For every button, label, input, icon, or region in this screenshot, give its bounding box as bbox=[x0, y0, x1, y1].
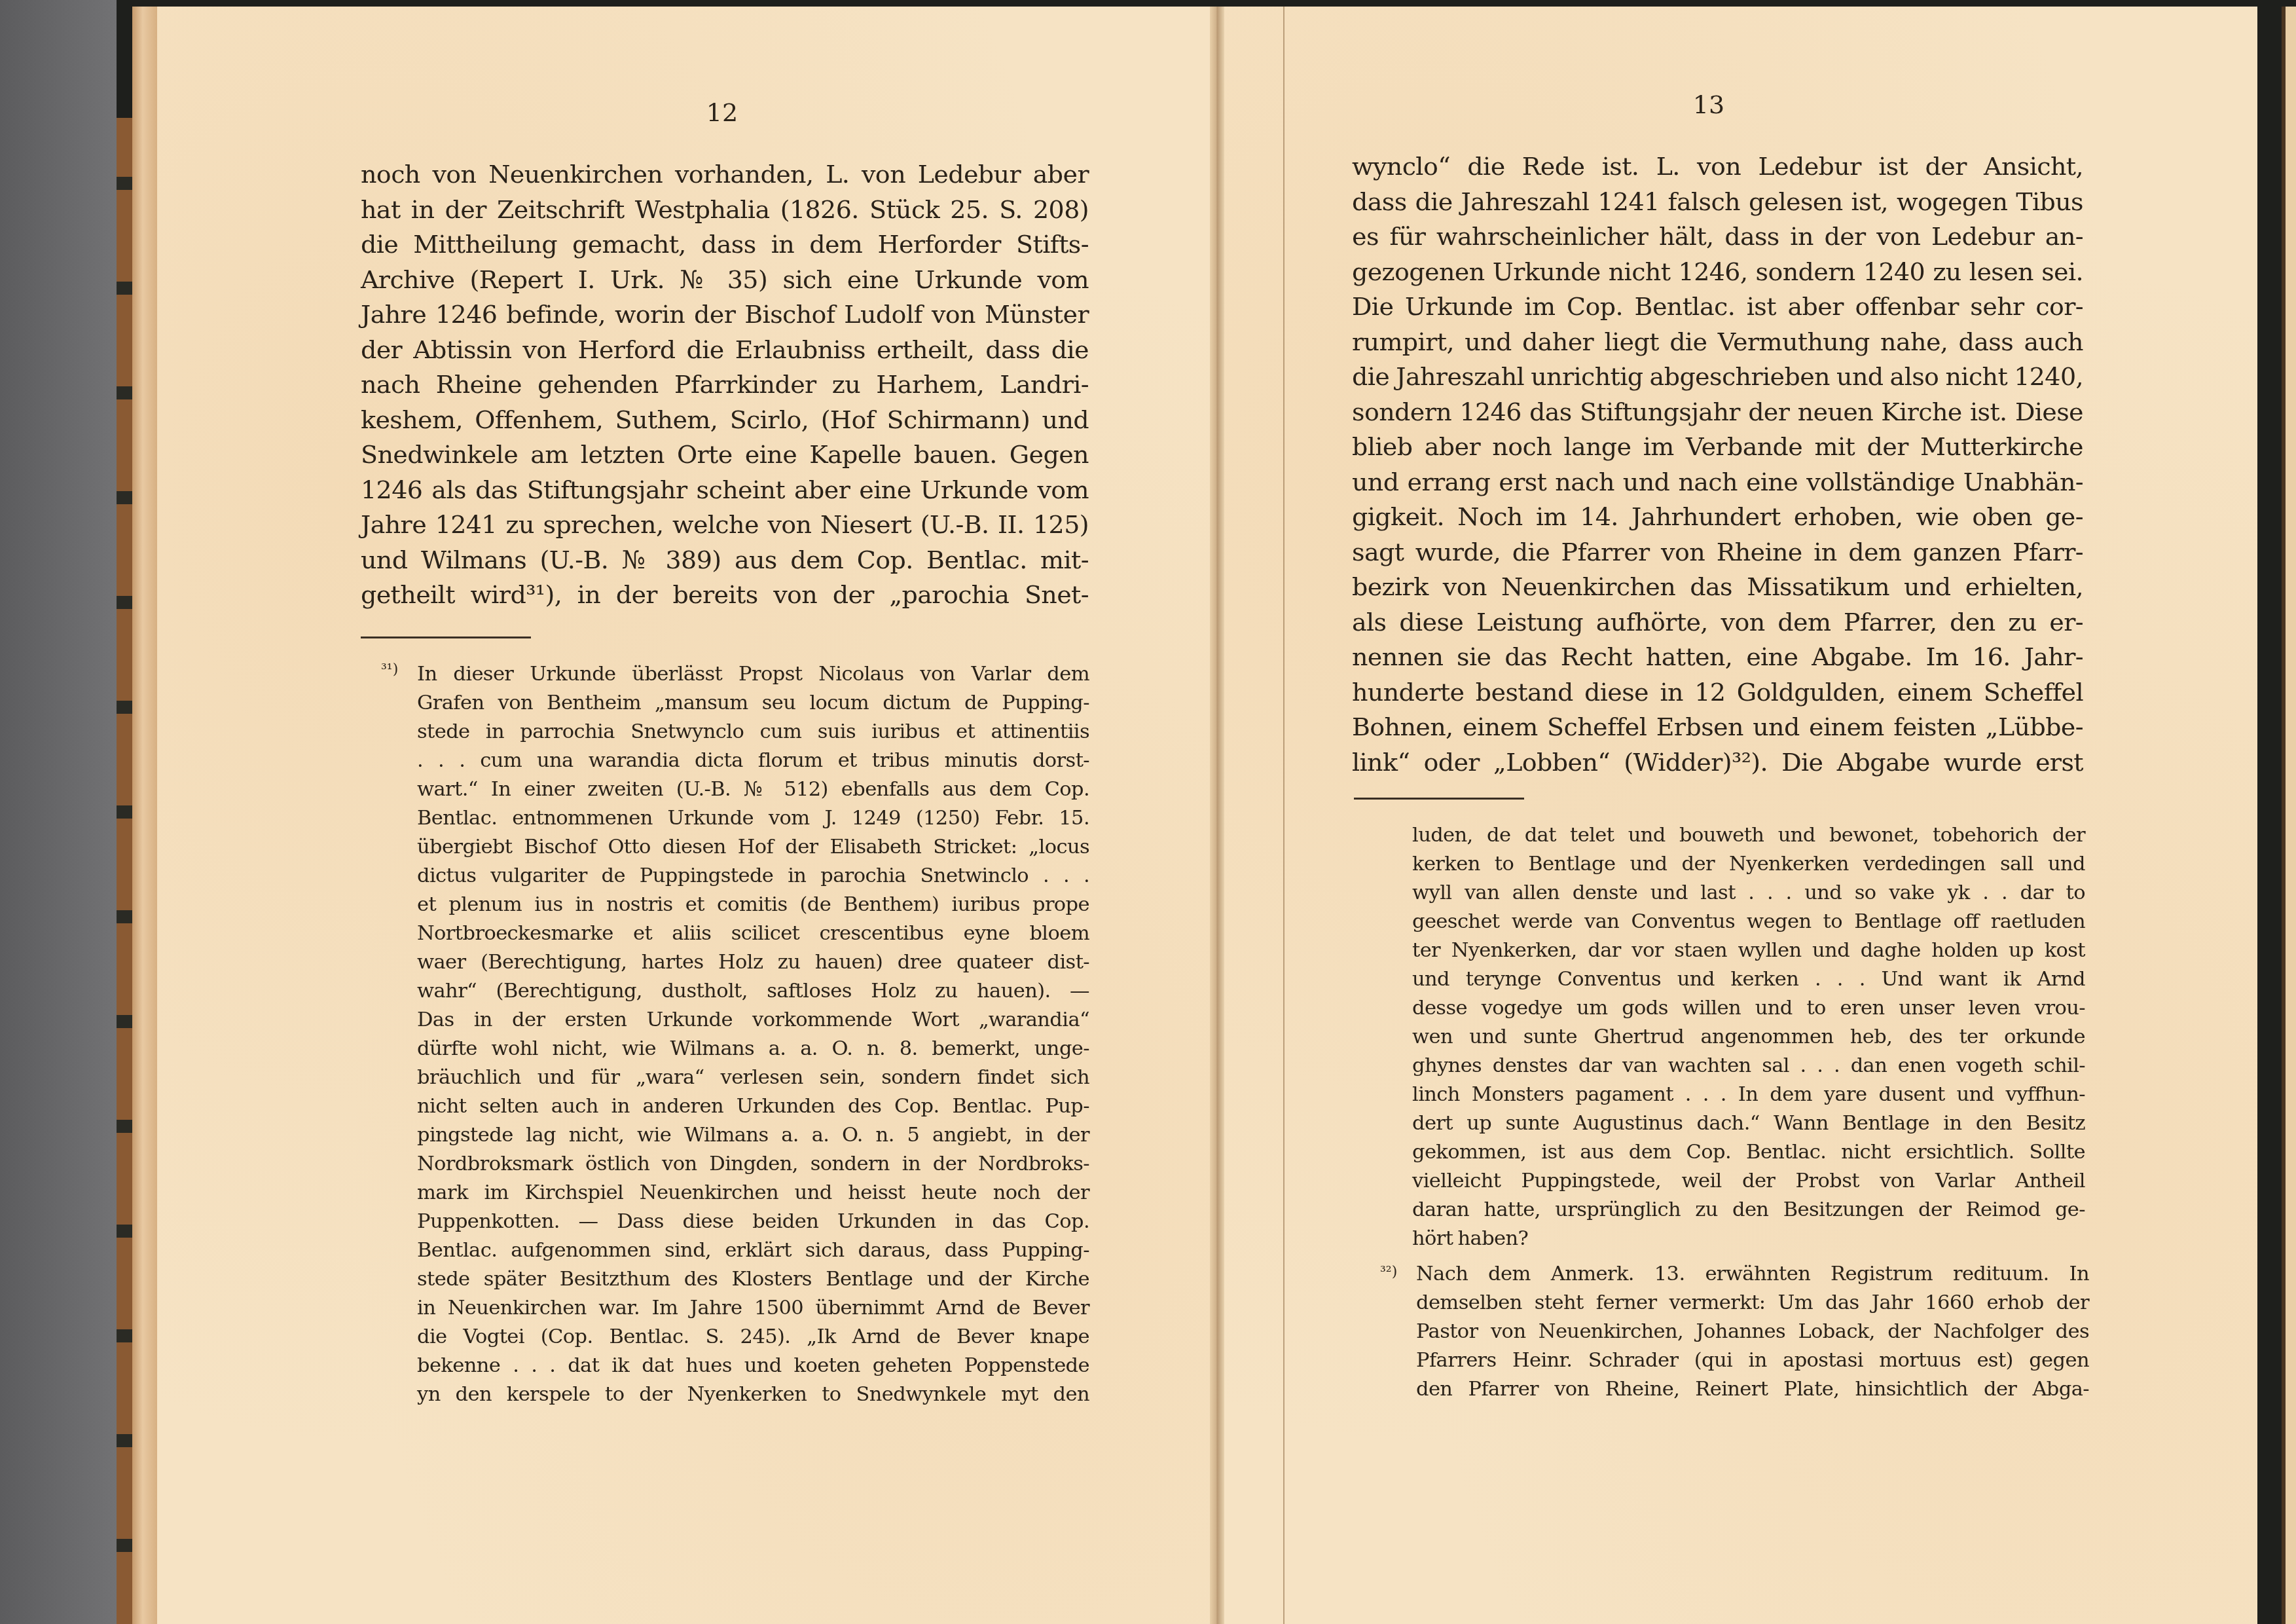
text-line: noch von Neuenkirchen vorhanden, L. von … bbox=[361, 157, 1089, 193]
text-line: Jahre 1241 zu sprechen, welche von Niese… bbox=[361, 507, 1089, 543]
footnote-line: dert up sunte Augustinus dach.“ Wann Ben… bbox=[1412, 1109, 2085, 1138]
left-footnote-31: In dieser Urkunde überlässt Propst Nicol… bbox=[417, 660, 1089, 1409]
footnote-line: vielleicht Puppingstede, weil der Probst… bbox=[1412, 1167, 2085, 1196]
footnote-line: Puppenkotten. — Dass diese beiden Urkund… bbox=[417, 1208, 1089, 1236]
footnote-line: dictus vulgariter de Puppingstede in par… bbox=[417, 862, 1089, 891]
page-number-right: 13 bbox=[1676, 90, 1741, 119]
footnote-line: geeschet werde van Conventus wegen to Be… bbox=[1412, 908, 2085, 936]
text-line: Bohnen, einem Scheffel Erbsen und einem … bbox=[1352, 710, 2083, 745]
footnote-marker-31: ³¹) bbox=[381, 661, 398, 678]
text-line: bezirk von Neuenkirchen das Missatikum u… bbox=[1352, 570, 2083, 605]
footnote-line: Nach dem Anmerk. 13. erwähnten Registrum… bbox=[1416, 1260, 2089, 1289]
text-line: getheilt wird³¹), in der bereits von der… bbox=[361, 578, 1089, 613]
text-line: Archive (Repert I. Urk. № 35) sich eine … bbox=[361, 263, 1089, 298]
text-line: der Abtissin von Herford die Erlaubniss … bbox=[361, 333, 1089, 368]
footnote-line: nicht selten auch in anderen Urkunden de… bbox=[417, 1092, 1089, 1121]
footnote-separator bbox=[361, 637, 531, 638]
text-line: dass die Jahreszahl 1241 falsch gelesen … bbox=[1352, 185, 2083, 220]
footnote-line: . . . cum una warandia dicta florum et t… bbox=[417, 747, 1089, 775]
footnote-line: dürfte wohl nicht, wie Wilmans a. a. O. … bbox=[417, 1035, 1089, 1063]
text-line: und Wilmans (U.-B. № 389) aus dem Cop. B… bbox=[361, 543, 1089, 578]
text-line: nach Rheine gehenden Pfarrkinder zu Harh… bbox=[361, 367, 1089, 403]
footnote-line: desse vogedye um gods willen und to eren… bbox=[1412, 994, 2085, 1023]
footnote-line: gekommen, ist aus dem Cop. Bentlac. nich… bbox=[1412, 1138, 2085, 1167]
footnote-line: Grafen von Bentheim „mansum seu locum di… bbox=[417, 689, 1089, 718]
text-line: gezogenen Urkunde nicht 1246, sondern 12… bbox=[1352, 255, 2083, 290]
page-fold-line bbox=[1283, 7, 1285, 1624]
footnote-line: Bentlac. aufgenommen sind, erklärt sich … bbox=[417, 1236, 1089, 1265]
footnote-line: linch Monsters pagament . . . In dem yar… bbox=[1412, 1080, 2085, 1109]
right-cover-strip bbox=[2286, 7, 2296, 1624]
footnote-line: daran hatte, ursprünglich zu den Besitzu… bbox=[1412, 1196, 2085, 1225]
footnote-line: Pastor von Neuenkirchen, Johannes Loback… bbox=[1416, 1318, 2089, 1346]
footnote-line: wyll van allen denste und last . . . und… bbox=[1412, 879, 2085, 908]
text-line: blieb aber noch lange im Verbande mit de… bbox=[1352, 430, 2083, 465]
text-line: hunderte bestand diese in 12 Goldgulden,… bbox=[1352, 675, 2083, 710]
footnote-line: Das in der ersten Urkunde vorkommende Wo… bbox=[417, 1006, 1089, 1035]
footnote-line: kerken to Bentlage und der Nyenkerken ve… bbox=[1412, 850, 2085, 879]
footnote-line: ghynes denstes dar van wachten sal . . .… bbox=[1412, 1052, 2085, 1080]
footnote-line: ter Nyenkerken, dar vor staen wyllen und… bbox=[1412, 936, 2085, 965]
footnote-line: In dieser Urkunde überlässt Propst Nicol… bbox=[417, 660, 1089, 689]
text-line: als diese Leistung aufhörte, von dem Pfa… bbox=[1352, 605, 2083, 640]
footnote-line: pingstede lag nicht, wie Wilmans a. a. O… bbox=[417, 1121, 1089, 1150]
text-line: die Jahreszahl unrichtig abgeschrieben u… bbox=[1352, 360, 2083, 395]
footnote-line: den Pfarrer von Rheine, Reinert Plate, h… bbox=[1416, 1375, 2089, 1404]
page-stack-edge bbox=[132, 7, 158, 1624]
footnote-line: Bentlac. entnommenen Urkunde vom J. 1249… bbox=[417, 804, 1089, 833]
footnote-line: Nortbroeckesmarke et aliis scilicet cres… bbox=[417, 919, 1089, 948]
text-line: gigkeit. Noch im 14. Jahrhundert erhoben… bbox=[1352, 500, 2083, 535]
footnote-line: yn den kerspele to der Nyenkerken to Sne… bbox=[417, 1380, 1089, 1409]
footnote-marker-32: ³²) bbox=[1380, 1264, 1397, 1280]
text-line: Die Urkunde im Cop. Bentlac. ist aber of… bbox=[1352, 289, 2083, 325]
text-line: nennen sie das Recht hatten, eine Abgabe… bbox=[1352, 640, 2083, 675]
footnote-line: bräuchlich und für „wara“ verlesen sein,… bbox=[417, 1063, 1089, 1092]
footnote-line: Pfarrers Heinr. Schrader (qui in apostas… bbox=[1416, 1346, 2089, 1375]
left-body-text: noch von Neuenkirchen vorhanden, L. von … bbox=[361, 157, 1089, 613]
footnote-line: und terynge Conventus und kerken . . . U… bbox=[1412, 965, 2085, 994]
text-line: sondern 1246 das Stiftungsjahr der neuen… bbox=[1352, 395, 2083, 430]
text-line: hat in der Zeitschrift Westphalia (1826.… bbox=[361, 193, 1089, 228]
text-line: die Mittheilung gemacht, dass in dem Her… bbox=[361, 227, 1089, 263]
footnote-line: übergiebt Bischof Otto diesen Hof der El… bbox=[417, 833, 1089, 862]
page-number-left: 12 bbox=[689, 98, 755, 127]
footnote-line: in Neuenkirchen war. Im Jahre 1500 übern… bbox=[417, 1294, 1089, 1323]
footnote-line: wahr“ (Berechtigung, dustholt, saftloses… bbox=[417, 977, 1089, 1006]
footnote-line: hört haben? bbox=[1412, 1225, 2085, 1253]
right-footnote-31-continued: luden, de dat telet und bouweth und bewo… bbox=[1412, 821, 2085, 1253]
footnote-line: wart.“ In einer zweiten (U.-B. № 512) eb… bbox=[417, 775, 1089, 804]
text-line: und errang erst nach und nach eine volls… bbox=[1352, 465, 2083, 500]
footnote-line: bekenne . . . dat ik dat hues und koeten… bbox=[417, 1352, 1089, 1380]
footnote-line: luden, de dat telet und bouweth und bewo… bbox=[1412, 821, 2085, 850]
footnote-line: waer (Berechtigung, hartes Holz zu hauen… bbox=[417, 948, 1089, 977]
footnote-line: et plenum ius in nostris et comitis (de … bbox=[417, 891, 1089, 919]
text-line: sagt wurde, die Pfarrer von Rheine in de… bbox=[1352, 535, 2083, 570]
text-line: rumpirt, und daher liegt die Vermuthung … bbox=[1352, 325, 2083, 360]
text-line: Snedwinkele am letzten Orte eine Kapelle… bbox=[361, 437, 1089, 473]
footnote-line: demselben steht ferner vermerkt: Um das … bbox=[1416, 1289, 2089, 1318]
footnote-line: Nordbroksmark östlich von Dingden, sonde… bbox=[417, 1150, 1089, 1179]
text-line: 1246 als das Stiftungsjahr scheint aber … bbox=[361, 473, 1089, 508]
book-gutter bbox=[1210, 7, 1224, 1624]
right-body-text: wynclo“ die Rede ist. L. von Ledebur ist… bbox=[1352, 149, 2083, 780]
text-line: link“ oder „Lobben“ (Widder)³²). Die Abg… bbox=[1352, 745, 2083, 781]
right-footnote-32: Nach dem Anmerk. 13. erwähnten Registrum… bbox=[1416, 1260, 2089, 1404]
footnote-line: wen und sunte Ghertrud angenommen heb, d… bbox=[1412, 1023, 2085, 1052]
footnote-line: stede in parrochia Snetwynclo cum suis i… bbox=[417, 718, 1089, 747]
footnote-separator bbox=[1354, 798, 1524, 800]
scanner-background bbox=[0, 0, 118, 1624]
footnote-line: stede später Besitzthum des Klosters Ben… bbox=[417, 1265, 1089, 1294]
footnote-line: mark im Kirchspiel Neuenkirchen und heis… bbox=[417, 1179, 1089, 1208]
text-line: keshem, Offenhem, Suthem, Scirlo, (Hof S… bbox=[361, 403, 1089, 438]
text-line: es für wahrscheinlicher hält, dass in de… bbox=[1352, 219, 2083, 255]
text-line: wynclo“ die Rede ist. L. von Ledebur ist… bbox=[1352, 149, 2083, 185]
text-line: Jahre 1246 befinde, worin der Bischof Lu… bbox=[361, 297, 1089, 333]
footnote-line: die Vogtei (Cop. Bentlac. S. 245). „Ik A… bbox=[417, 1323, 1089, 1352]
